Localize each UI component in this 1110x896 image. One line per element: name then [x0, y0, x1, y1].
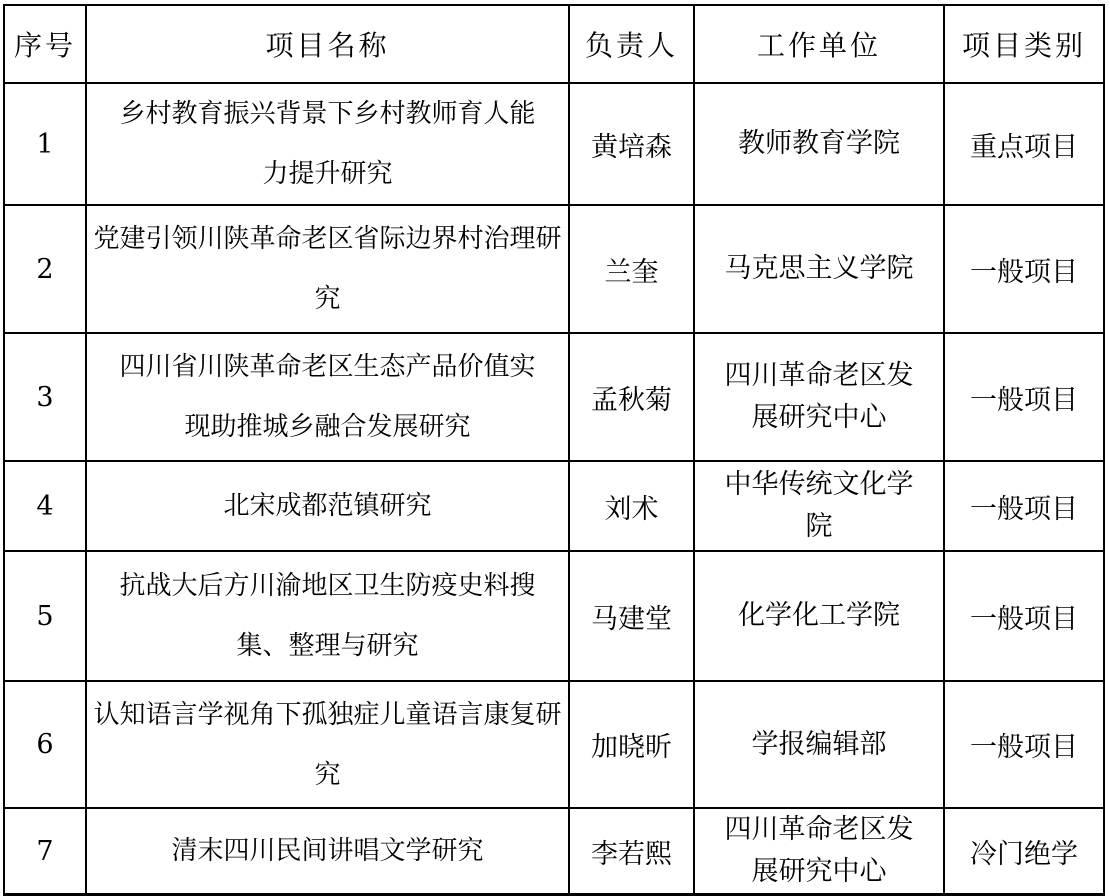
- cell-index: 6: [4, 681, 86, 808]
- cell-unit: 教师教育学院: [694, 83, 944, 205]
- cell-leader: 黄培森: [569, 83, 694, 205]
- header-row: 序号 项目名称 负责人 工作单位 项目类别: [4, 5, 1104, 83]
- table-row: 5 抗战大后方川渝地区卫生防疫史料搜 集、整理与研究 马建堂 化学化工学院 一般…: [4, 551, 1104, 681]
- projects-table: 序号 项目名称 负责人 工作单位 项目类别 1 乡村教育振兴背景下乡村教师育人能…: [3, 4, 1105, 896]
- cell-unit: 四川革命老区发 展研究中心: [694, 808, 944, 895]
- cell-project-name: 抗战大后方川渝地区卫生防疫史料搜 集、整理与研究: [86, 551, 569, 681]
- cell-project-name: 四川省川陕革命老区生态产品价值实 现助推城乡融合发展研究: [86, 333, 569, 461]
- table-row: 1 乡村教育振兴背景下乡村教师育人能 力提升研究 黄培森 教师教育学院 重点项目: [4, 83, 1104, 205]
- col-header-index: 序号: [4, 5, 86, 83]
- col-header-category: 项目类别: [944, 5, 1104, 83]
- cell-unit: 中华传统文化学 院: [694, 461, 944, 551]
- cell-index: 4: [4, 461, 86, 551]
- table-row: 3 四川省川陕革命老区生态产品价值实 现助推城乡融合发展研究 孟秋菊 四川革命老…: [4, 333, 1104, 461]
- table-row: 7 清末四川民间讲唱文学研究 李若熙 四川革命老区发 展研究中心 冷门绝学: [4, 808, 1104, 895]
- cell-category: 一般项目: [944, 333, 1104, 461]
- table-row: 4 北宋成都范镇研究 刘术 中华传统文化学 院 一般项目: [4, 461, 1104, 551]
- cell-project-name: 党建引领川陕革命老区省际边界村治理研 究: [86, 205, 569, 333]
- document-page: 序号 项目名称 负责人 工作单位 项目类别 1 乡村教育振兴背景下乡村教师育人能…: [0, 0, 1110, 896]
- cell-category: 一般项目: [944, 551, 1104, 681]
- cell-unit: 学报编辑部: [694, 681, 944, 808]
- cell-category: 冷门绝学: [944, 808, 1104, 895]
- cell-leader: 孟秋菊: [569, 333, 694, 461]
- cell-index: 7: [4, 808, 86, 895]
- cell-unit: 马克思主义学院: [694, 205, 944, 333]
- col-header-leader: 负责人: [569, 5, 694, 83]
- cell-category: 一般项目: [944, 461, 1104, 551]
- cell-project-name: 北宋成都范镇研究: [86, 461, 569, 551]
- cell-index: 2: [4, 205, 86, 333]
- cell-leader: 马建堂: [569, 551, 694, 681]
- cell-category: 重点项目: [944, 83, 1104, 205]
- col-header-unit: 工作单位: [694, 5, 944, 83]
- cell-leader: 加晓昕: [569, 681, 694, 808]
- cell-project-name: 乡村教育振兴背景下乡村教师育人能 力提升研究: [86, 83, 569, 205]
- cell-index: 1: [4, 83, 86, 205]
- cell-leader: 兰奎: [569, 205, 694, 333]
- table-row: 6 认知语言学视角下孤独症儿童语言康复研 究 加晓昕 学报编辑部 一般项目: [4, 681, 1104, 808]
- cell-leader: 刘术: [569, 461, 694, 551]
- cell-project-name: 清末四川民间讲唱文学研究: [86, 808, 569, 895]
- cell-project-name: 认知语言学视角下孤独症儿童语言康复研 究: [86, 681, 569, 808]
- cell-category: 一般项目: [944, 681, 1104, 808]
- table-row: 2 党建引领川陕革命老区省际边界村治理研 究 兰奎 马克思主义学院 一般项目: [4, 205, 1104, 333]
- col-header-project-name: 项目名称: [86, 5, 569, 83]
- cell-unit: 四川革命老区发 展研究中心: [694, 333, 944, 461]
- cell-index: 5: [4, 551, 86, 681]
- cell-category: 一般项目: [944, 205, 1104, 333]
- cell-leader: 李若熙: [569, 808, 694, 895]
- cell-unit: 化学化工学院: [694, 551, 944, 681]
- cell-index: 3: [4, 333, 86, 461]
